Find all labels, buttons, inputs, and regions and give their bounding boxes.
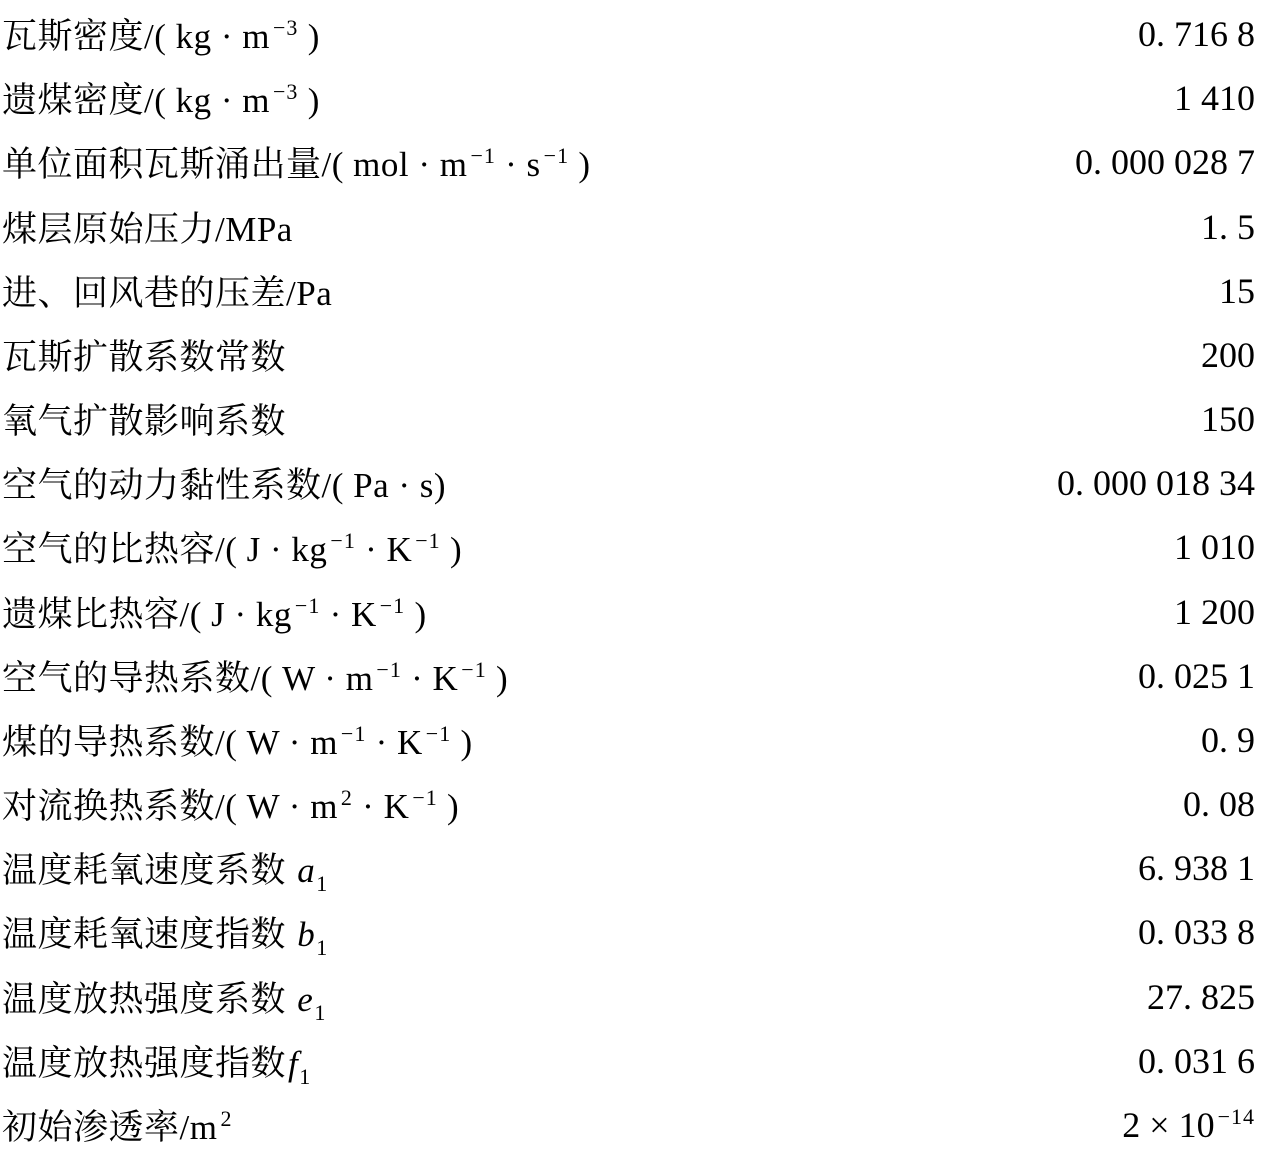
param-label: 氧气扩散影响系数 [2,394,286,444]
param-value: 200 [1201,334,1257,376]
param-label: 温度耗氧速度指数 b1 [2,907,328,957]
param-label: 进、回风巷的压差/Pa [2,266,332,316]
paper-page: 瓦斯密度/( kg · m−3 ) 0. 716 8 遗煤密度/( kg · m… [0,0,1261,1159]
param-label: 空气的动力黏性系数/( Pa · s) [2,458,446,508]
param-label: 瓦斯扩散系数常数 [2,330,286,380]
param-value: 27. 825 [1147,976,1257,1018]
param-label: 煤的导热系数/( W · m−1 · K−1 ) [2,715,473,765]
param-value: 0. 000 028 7 [1075,141,1257,183]
param-label: 遗煤密度/( kg · m−3 ) [2,73,320,123]
param-row-temperature-heat-release-intensity-exponent-f1: 温度放热强度指数f1 0. 031 6 [2,1029,1257,1093]
param-label: 温度耗氧速度系数 a1 [2,843,328,893]
param-row-air-thermal-conductivity: 空气的导热系数/( W · m−1 · K−1 ) 0. 025 1 [2,644,1257,708]
param-row-gas-density: 瓦斯密度/( kg · m−3 ) 0. 716 8 [2,2,1257,66]
param-label: 初始渗透率/m2 [2,1100,232,1150]
param-label: 空气的导热系数/( W · m−1 · K−1 ) [2,651,508,701]
param-value: 1 010 [1174,526,1257,568]
param-value: 2 × 10−14 [1122,1104,1257,1146]
param-row-temperature-oxygen-consumption-rate-coefficient-a1: 温度耗氧速度系数 a1 6. 938 1 [2,836,1257,900]
param-row-pressure-difference-intake-return-airways: 进、回风巷的压差/Pa 15 [2,259,1257,323]
param-value: 0. 033 8 [1138,911,1257,953]
param-label: 单位面积瓦斯涌出量/( mol · m−1 · s−1 ) [2,137,591,187]
param-row-air-specific-heat: 空气的比热容/( J · kg−1 · K−1 ) 1 010 [2,515,1257,579]
param-value: 15 [1219,270,1257,312]
param-row-gas-emission-per-unit-area: 单位面积瓦斯涌出量/( mol · m−1 · s−1 ) 0. 000 028… [2,130,1257,194]
param-value: 0. 000 018 34 [1057,462,1257,504]
param-row-oxygen-diffusion-influence-coefficient: 氧气扩散影响系数 150 [2,387,1257,451]
param-label: 煤层原始压力/MPa [2,202,293,252]
param-label: 瓦斯密度/( kg · m−3 ) [2,9,320,59]
param-value: 0. 9 [1201,719,1257,761]
param-value: 6. 938 1 [1138,847,1257,889]
param-row-gas-diffusion-coefficient-constant: 瓦斯扩散系数常数 200 [2,323,1257,387]
param-row-coal-thermal-conductivity: 煤的导热系数/( W · m−1 · K−1 ) 0. 9 [2,708,1257,772]
param-label: 遗煤比热容/( J · kg−1 · K−1 ) [2,587,427,637]
param-row-air-dynamic-viscosity: 空气的动力黏性系数/( Pa · s) 0. 000 018 34 [2,451,1257,515]
param-value: 1. 5 [1201,206,1257,248]
param-value: 0. 08 [1183,783,1257,825]
param-row-temperature-oxygen-consumption-rate-exponent-b1: 温度耗氧速度指数 b1 0. 033 8 [2,900,1257,964]
param-label: 温度放热强度指数f1 [2,1036,311,1086]
param-value: 0. 716 8 [1138,13,1257,55]
param-value: 1 410 [1174,77,1257,119]
parameters-table: 瓦斯密度/( kg · m−3 ) 0. 716 8 遗煤密度/( kg · m… [0,0,1261,1159]
param-value: 0. 031 6 [1138,1040,1257,1082]
param-value: 0. 025 1 [1138,655,1257,697]
param-row-initial-permeability: 初始渗透率/m2 2 × 10−14 [2,1093,1257,1157]
param-row-residual-coal-density: 遗煤密度/( kg · m−3 ) 1 410 [2,66,1257,130]
param-label: 温度放热强度系数 e1 [2,972,326,1022]
param-label: 对流换热系数/( W · m2 · K−1 ) [2,779,459,829]
param-value: 150 [1201,398,1257,440]
param-label: 空气的比热容/( J · kg−1 · K−1 ) [2,522,462,572]
param-row-convective-heat-transfer-coefficient: 对流换热系数/( W · m2 · K−1 ) 0. 08 [2,772,1257,836]
param-row-residual-coal-specific-heat: 遗煤比热容/( J · kg−1 · K−1 ) 1 200 [2,580,1257,644]
param-value: 1 200 [1174,591,1257,633]
param-row-temperature-heat-release-intensity-coefficient-e1: 温度放热强度系数 e1 27. 825 [2,965,1257,1029]
param-row-initial-coal-seam-pressure: 煤层原始压力/MPa 1. 5 [2,195,1257,259]
